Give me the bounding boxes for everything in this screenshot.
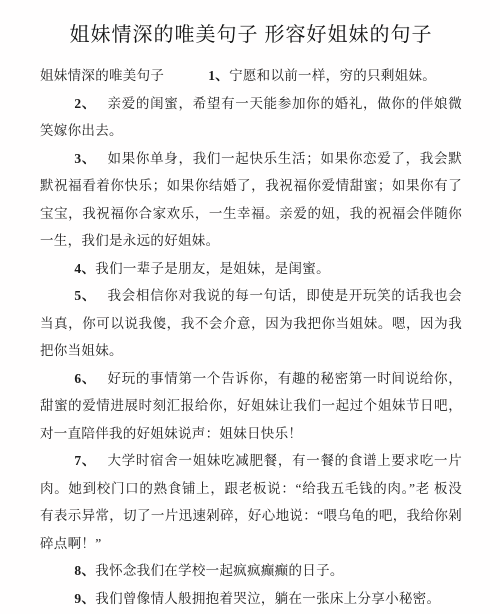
item-number: 2、 [74, 96, 96, 111]
spacer [164, 79, 208, 80]
item-number: 3、 [74, 151, 96, 166]
item-text: 我会相信你对我说的每一句话，即使是开玩笑的话我也会当真，你可以说我傻，我不会介意… [40, 288, 462, 358]
item-number: 4、 [74, 261, 95, 276]
item-text: 如果你单身，我们一起快乐生活；如果你恋爱了，我会默默祝福看着你快乐；如果你结婚了… [40, 151, 462, 249]
list-item: 6、好玩的事情第一个告诉你，有趣的秘密第一时间说给你，甜蜜的爱情进展时刻汇报给你… [40, 365, 462, 448]
item-number: 8、 [74, 563, 95, 578]
intro-line: 姐妹情深的唯美句子1、宁愿和以前一样，穷的只剩姐妹。 [40, 62, 462, 90]
item-text: 大学时宿舍一姐妹吃减肥餐，有一餐的食谱上要求吃一片肉。她到校门口的熟食铺上，跟老… [40, 453, 462, 551]
item-number: 7、 [74, 453, 96, 468]
list-item: 8、我怀念我们在学校一起疯疯癫癫的日子。 [40, 557, 462, 585]
item-text: 我们曾像情人般拥抱着哭泣，躺在一张床上分享小秘密。 [95, 591, 440, 606]
list-item: 3、如果你单身，我们一起快乐生活；如果你恋爱了，我会默默祝福看着你快乐；如果你结… [40, 145, 462, 255]
item-text: 我怀念我们在学校一起疯疯癫癫的日子。 [95, 563, 343, 578]
list-item: 9、我们曾像情人般拥抱着哭泣，躺在一张床上分享小秘密。 [40, 585, 462, 613]
intro-label: 姐妹情深的唯美句子 [40, 68, 164, 83]
item-number: 9、 [74, 591, 95, 606]
item-number: 1、 [208, 68, 229, 83]
item-text: 我们一辈子是朋友，是姐妹，是闺蜜。 [95, 261, 330, 276]
list-item: 2、亲爱的闺蜜，希望有一天能参加你的婚礼，做你的伴娘微笑嫁你出去。 [40, 90, 462, 145]
page-title: 姐妹情深的唯美句子 形容好姐妹的句子 [40, 18, 462, 47]
item-text: 亲爱的闺蜜，希望有一天能参加你的婚礼，做你的伴娘微笑嫁你出去。 [40, 96, 462, 139]
item-number: 6、 [74, 371, 96, 386]
list-item: 5、我会相信你对我说的每一句话，即使是开玩笑的话我也会当真，你可以说我傻，我不会… [40, 282, 462, 365]
list-item: 7、大学时宿舍一姐妹吃减肥餐，有一餐的食谱上要求吃一片肉。她到校门口的熟食铺上，… [40, 447, 462, 557]
item-number: 5、 [74, 288, 96, 303]
document-body: 姐妹情深的唯美句子1、宁愿和以前一样，穷的只剩姐妹。 2、亲爱的闺蜜，希望有一天… [40, 62, 462, 612]
list-item: 4、我们一辈子是朋友，是姐妹，是闺蜜。 [40, 255, 462, 283]
item-text: 好玩的事情第一个告诉你，有趣的秘密第一时间说给你，甜蜜的爱情进展时刻汇报给你，好… [40, 371, 462, 441]
document-page: 姐妹情深的唯美句子 形容好姐妹的句子 姐妹情深的唯美句子1、宁愿和以前一样，穷的… [0, 0, 500, 614]
item-text: 宁愿和以前一样，穷的只剩姐妹。 [229, 68, 436, 83]
